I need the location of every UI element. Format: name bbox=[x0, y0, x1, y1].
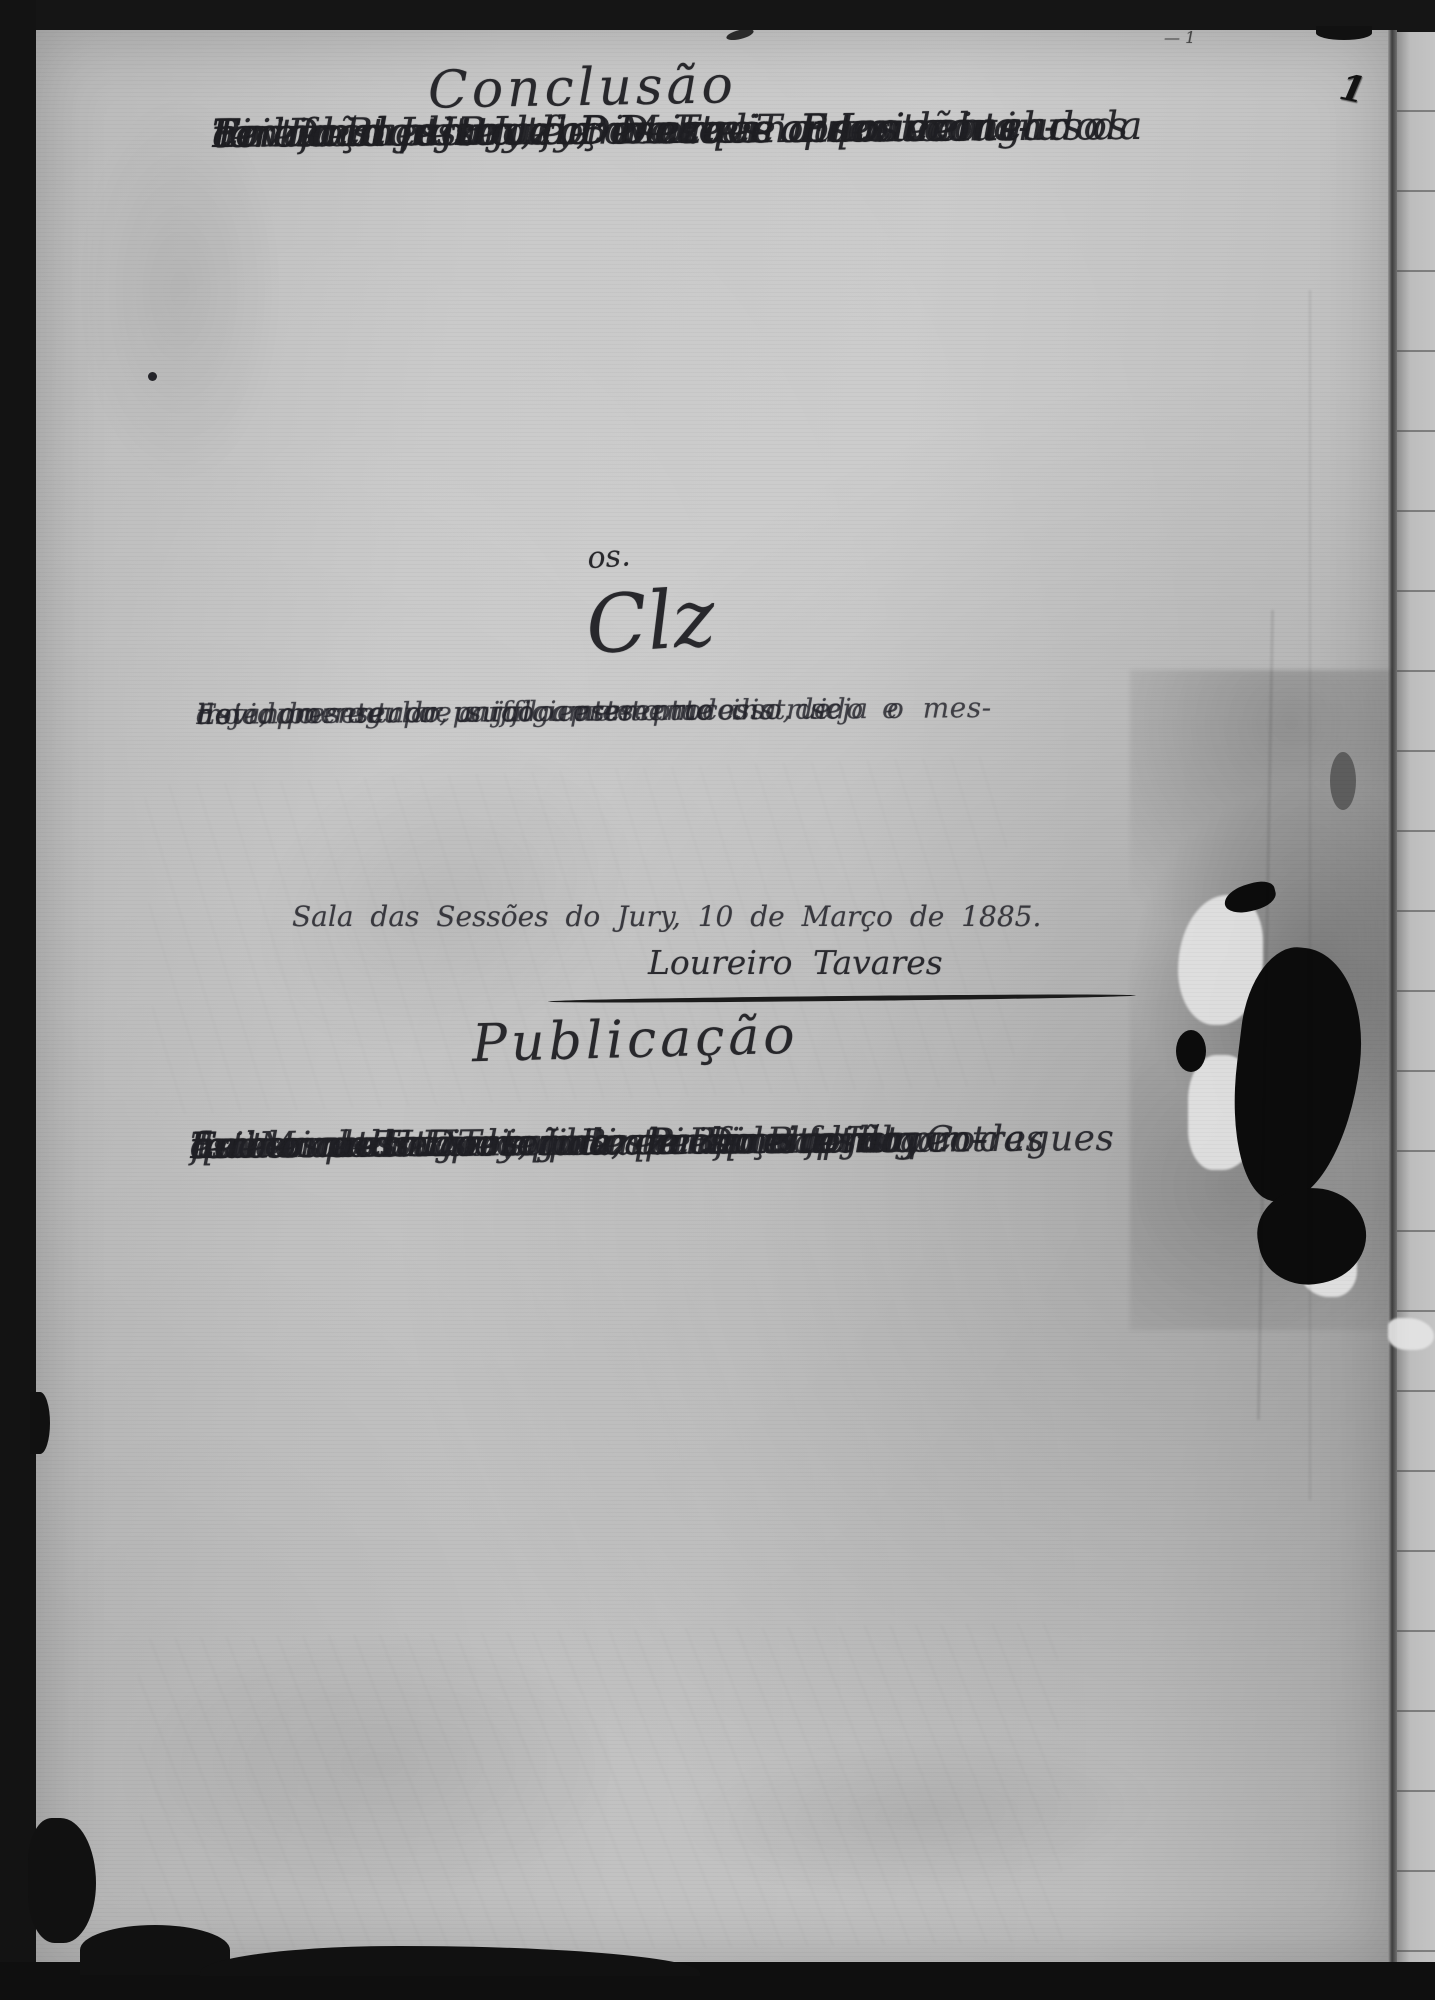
adjacent-ruled-page bbox=[1397, 32, 1435, 1965]
section-heading-publicacao: Publicação bbox=[471, 1006, 799, 1075]
photo-border-blob bbox=[28, 1818, 96, 1943]
ink-dot bbox=[148, 372, 157, 381]
text-line: hoje, por ser o unico apresentado. bbox=[196, 683, 744, 741]
text-line: terino do Jury, o escrevi bbox=[212, 101, 759, 163]
scanned-manuscript-photo: Conclusão Em o mesmo dia mez e anno e lu… bbox=[0, 0, 1435, 2000]
abbreviation-conclusos: Clzos. bbox=[583, 571, 718, 673]
photo-border-top bbox=[0, 0, 1435, 30]
abbreviation-text: Clz bbox=[583, 571, 718, 673]
photo-border-left bbox=[0, 0, 36, 2000]
photo-border-blob bbox=[1316, 26, 1372, 40]
judge-signature: Loureiro Tavares bbox=[648, 943, 943, 982]
pencil-mark: — 1 bbox=[1164, 28, 1195, 47]
abbreviation-superscript: os. bbox=[586, 538, 631, 576]
torn-notch bbox=[1330, 752, 1356, 810]
dateline: Sala das Sessões do Jury, 10 de Março de… bbox=[292, 900, 1041, 933]
photo-border-blob bbox=[30, 1392, 50, 1454]
text-line: que o escrevi. bbox=[190, 1116, 473, 1175]
torn-hole bbox=[1176, 1030, 1206, 1072]
